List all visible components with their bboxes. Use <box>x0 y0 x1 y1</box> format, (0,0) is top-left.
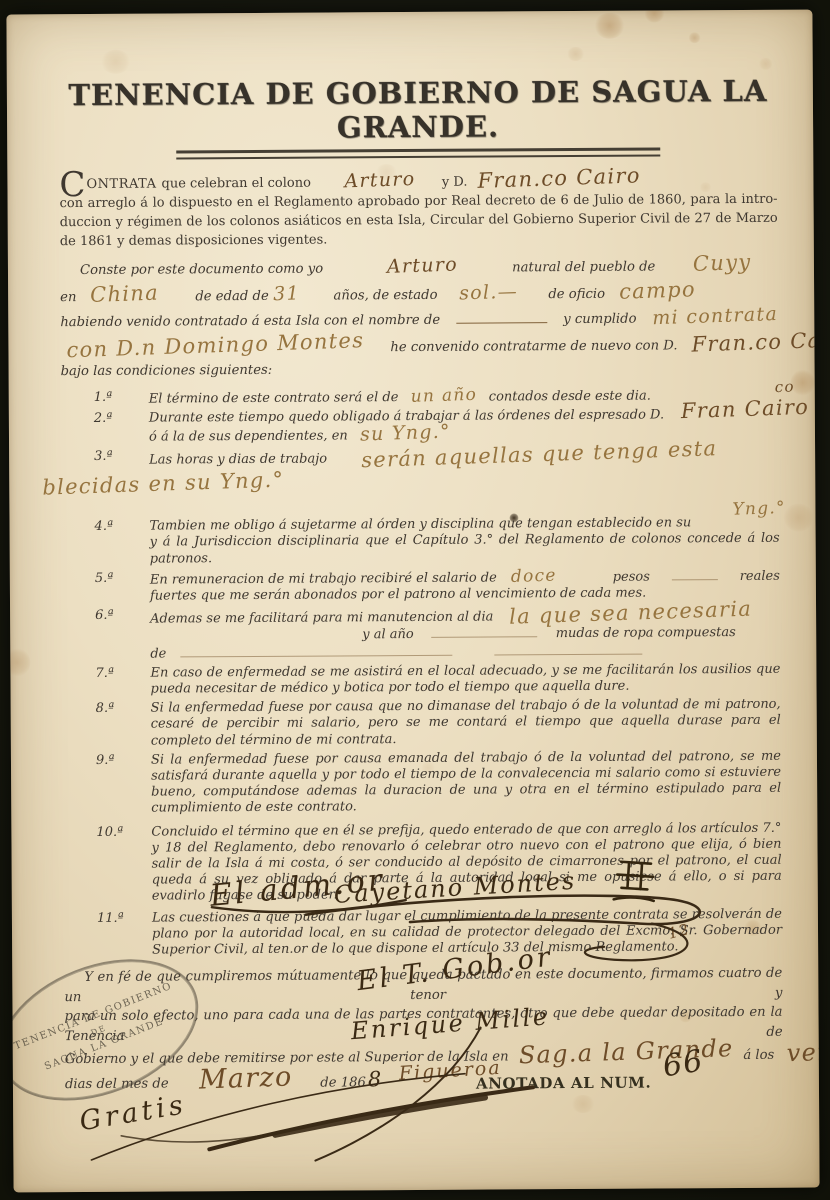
handwritten-term: un año <box>410 386 477 404</box>
governor-title-signature: El T. Gob.or <box>355 941 554 997</box>
condition-8-print: Si la enfermedad fuese por causa que no … <box>151 697 781 748</box>
stain <box>101 50 131 74</box>
condition-number: 3.ª <box>94 449 113 465</box>
conste-line-4: con D.n Domingo Montes he convenido cont… <box>60 330 778 361</box>
blank-line <box>672 568 718 580</box>
conste-l2d: de oficio <box>548 283 605 306</box>
handwritten-hours-2: blecidas en su Yng.° <box>42 472 285 496</box>
handwritten-hours-1: serán aquellas que tenga esta <box>361 440 718 468</box>
condition-6-line-2: y al año mudas de ropa compuestas <box>362 624 780 644</box>
handwritten-ingenio-above: Yng.° <box>732 500 786 518</box>
handwritten-new-patron: Fran.co Cairo <box>691 328 819 356</box>
lead-initial: CONTRATA <box>59 175 156 195</box>
stain <box>783 504 813 532</box>
handwritten-name: Arturo <box>367 253 459 279</box>
stain <box>594 13 624 39</box>
condition-6: 6.ª Ademas se me facilitará para mi manu… <box>95 604 780 663</box>
handwritten-patron-spill: Fran Cairo <box>680 398 809 419</box>
anotada-label: ANOTADA AL NUM. <box>476 1074 651 1093</box>
condition-number: 5.ª <box>95 571 114 587</box>
handwritten-patron-name: Fran.co Cairo <box>477 166 641 191</box>
condition-9: 9.ª Si la enfermedad fuese por causa ema… <box>96 749 781 818</box>
handwritten-oficio: campo <box>619 278 697 303</box>
conste-l2c: años, de estado <box>333 284 437 307</box>
condition-5-print-b: pesos <box>613 569 650 585</box>
condition-number: 1.ª <box>94 389 113 405</box>
governor-name-signature: Enrique Mille <box>350 1002 551 1045</box>
condition-1-print-b: contados desde este dia. <box>489 388 651 405</box>
conste-l2a: en <box>60 287 76 310</box>
condition-2-print-b: ó á la de sus dependientes, en <box>149 428 348 445</box>
conste-paragraph: Conste por este documento como yo Arturo… <box>60 252 779 384</box>
condition-5-print-c: reales <box>740 568 780 584</box>
condition-3-print: Las horas y dias de trabajo <box>149 452 327 469</box>
condition-6-print-d: de <box>150 646 166 662</box>
document-title: TENENCIA DE GOBIERNO DE SAGUA LA GRANDE. <box>59 74 777 146</box>
stain <box>6 648 30 676</box>
conste-l1a: Conste por este documento como yo <box>60 259 323 283</box>
condition-number: 4.ª <box>94 519 113 535</box>
conste-line-5: bajo las condiciones siguientes: <box>61 357 779 384</box>
condition-4-print-b: y á la Jurisdiccion disciplinaria que el… <box>150 531 780 567</box>
conste-l1b: natural del pueblo de <box>492 257 655 280</box>
condition-number: 7.ª <box>95 666 114 682</box>
photo-background: TENENCIA DE GOBIERNO DE SAGUA LA GRANDE.… <box>0 0 830 1200</box>
opening-paragraph: CONTRATA que celebran el colono Arturo y… <box>59 168 777 251</box>
document-paper: TENENCIA DE GOBIERNO DE SAGUA LA GRANDE.… <box>6 10 819 1193</box>
condition-4: 4.ª Yng.° Tambien me obligo á sujetarme … <box>94 515 779 568</box>
condition-number: 8.ª <box>96 701 115 717</box>
annotation-number: 66 <box>660 1043 706 1084</box>
condition-number: 2.ª <box>94 411 113 427</box>
condition-number: 6.ª <box>95 608 114 624</box>
handwritten-edad: 31 <box>272 282 300 305</box>
condition-5-print: En remuneracion de mi trabajo recibiré e… <box>150 570 497 588</box>
condition-8: 8.ª Si la enfermedad fuese por causa que… <box>96 697 781 750</box>
handwritten-pais: China <box>90 281 160 306</box>
handwritten-pueblo: Cuyy <box>673 251 752 276</box>
condition-3-line-1: Las horas y dias de trabajo serán aquell… <box>149 445 779 469</box>
handwritten-estado: sol.— <box>459 280 519 304</box>
conste-l2b: de edad de <box>195 285 269 308</box>
opening-l1b: y D. <box>442 173 468 192</box>
condition-1: 1.ª El término de este contrato será el … <box>94 385 779 407</box>
condition-3: 3.ª Las horas y dias de trabajo serán aq… <box>94 445 779 511</box>
condition-number: 10.ª <box>96 824 123 840</box>
title-rule <box>176 147 660 159</box>
condition-number: 9.ª <box>96 753 115 769</box>
condition-7: 7.ª En caso de enfermedad se me asistirá… <box>95 661 780 698</box>
stain <box>644 10 664 23</box>
stain <box>567 47 585 61</box>
blank-line <box>180 643 452 657</box>
handwritten-colono-name: Arturo <box>345 170 417 191</box>
blank-line <box>494 642 642 655</box>
conste-l3b: y cumplido <box>563 309 636 332</box>
condition-6-line-3: de <box>150 641 780 662</box>
handwritten-salary: doce <box>511 567 557 585</box>
stamp-line-2: DE <box>89 1023 107 1037</box>
chinese-signature-glyph <box>608 851 662 916</box>
handwritten-co-superscript: co <box>774 378 795 395</box>
handwritten-manutencion: la que sea necesaria <box>509 601 753 625</box>
stain <box>759 58 773 70</box>
handwritten-ingenio: su Yng.° <box>359 423 450 442</box>
condition-6-print-c: mudas de ropa compuestas <box>556 625 736 642</box>
stain <box>689 32 701 43</box>
handwritten-contrata: mi contrata <box>652 303 778 330</box>
blank-line <box>456 311 547 324</box>
opening-l1a: que celebran el colono <box>161 174 311 194</box>
conste-l4: he convenido contratarme de nuevo con D. <box>390 335 677 359</box>
opening-line-4: de 1861 y demas disposiciones vigentes. <box>60 228 778 251</box>
condition-6-print-b: y al año <box>362 627 414 644</box>
chinese-signature-note: 12 <box>666 920 691 943</box>
conste-l3a: habiendo venido contratado á esta Isla c… <box>60 310 440 335</box>
condition-7-print: En caso de enfermedad se me asistirá en … <box>150 661 780 696</box>
condition-1-print: El término de este contrato será el de <box>149 390 399 408</box>
condition-9-print: Si la enfermedad fuese por causa emanada… <box>151 749 781 816</box>
